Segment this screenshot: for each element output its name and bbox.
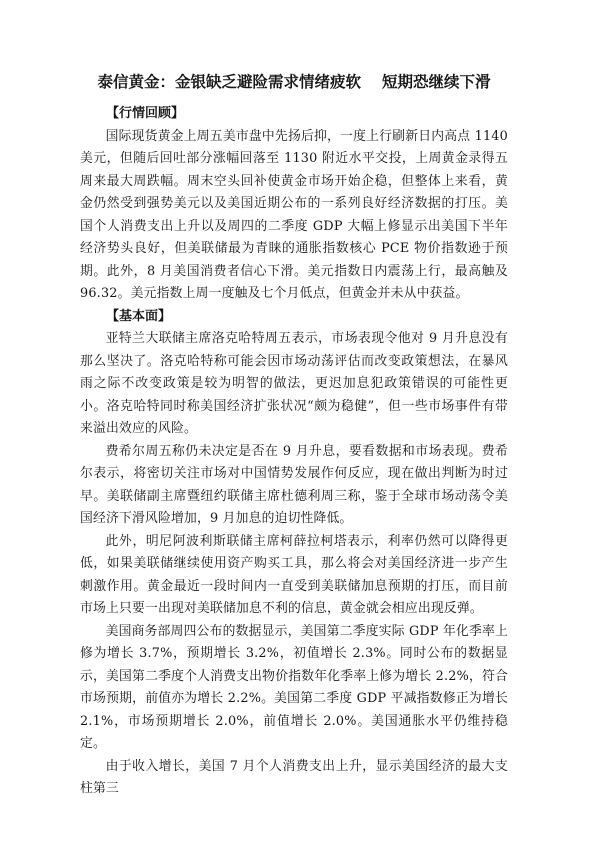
document-page: 泰信黄金：金银缺乏避险需求情绪疲软 短期恐继续下滑 【行情回顾】 国际现货黄金上… (0, 0, 595, 842)
section-heading-fundamentals: 【基本面】 (80, 306, 508, 329)
paragraph-market-review: 国际现货黄金上周五美市盘中先扬后抑，一度上行刷新日内高点 1140 美元，但随后… (80, 126, 508, 306)
document-content: 泰信黄金：金银缺乏避险需求情绪疲软 短期恐继续下滑 【行情回顾】 国际现货黄金上… (80, 70, 508, 801)
paragraph-gdp-data: 美国商务部周四公布的数据显示，美国第二季度实际 GDP 年化季率上修为增长 3.… (80, 621, 508, 756)
paragraph-lockhart: 亚特兰大联储主席洛克哈特周五表示，市场表现令他对 9 月升息没有那么坚决了。洛克… (80, 328, 508, 441)
paragraph-kocherlakota: 此外，明尼阿波利斯联储主席柯薛拉柯塔表示，利率仍然可以降得更低，如果美联储继续使… (80, 531, 508, 621)
doc-title: 泰信黄金：金银缺乏避险需求情绪疲软 短期恐继续下滑 (80, 70, 508, 94)
paragraph-fischer-dudley: 费希尔周五称仍未决定是否在 9 月升息，要看数据和市场表现。费希尔表示，将密切关… (80, 441, 508, 531)
paragraph-consumer-spending: 由于收入增长，美国 7 月个人消费支出上升，显示美国经济的最大支柱第三 (80, 756, 508, 801)
section-heading-market-review: 【行情回顾】 (80, 103, 508, 126)
